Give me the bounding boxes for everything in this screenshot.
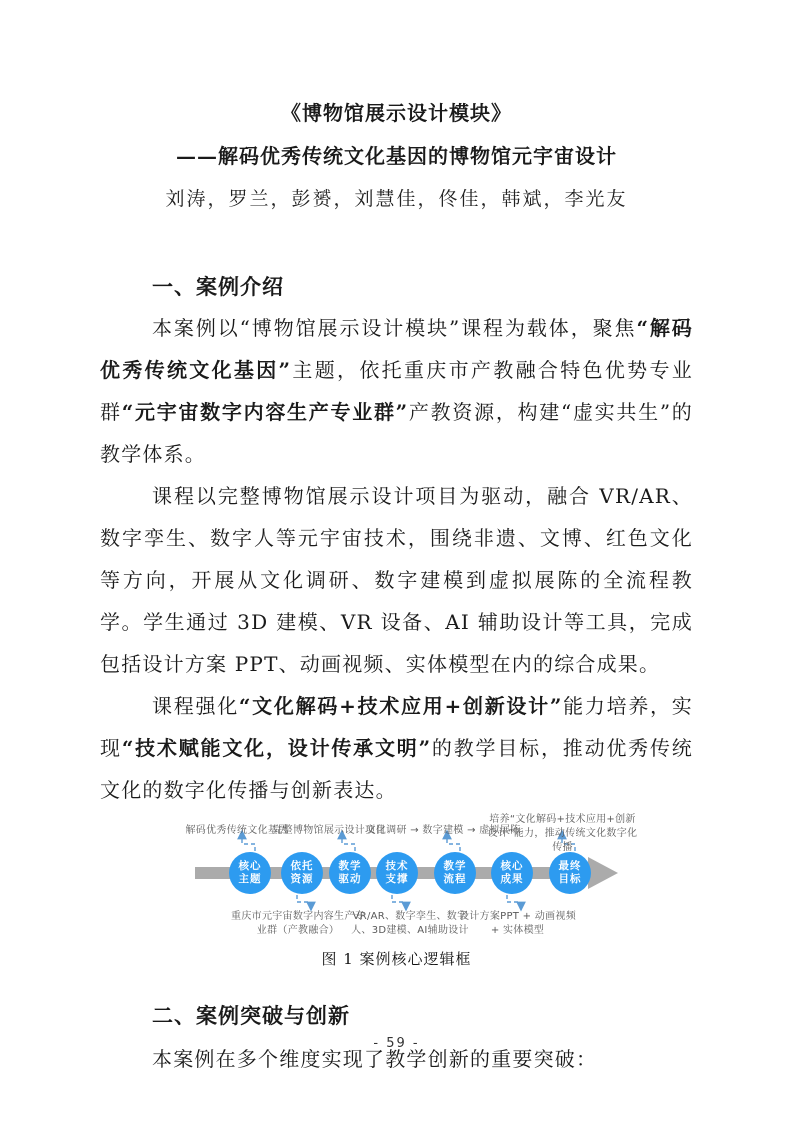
authors-line: 刘涛，罗兰，彭赟，刘慧佳，佟佳，韩斌，李光友 [100,186,693,212]
flow-node-core-theme: 核心主题 [229,852,271,894]
page-number: - 59 - [0,1036,793,1051]
connector-down-icon [392,895,406,909]
flow-node-tech-support: 技术支撑 [376,852,418,894]
section-1-heading: 一、案例介绍 [100,273,693,301]
flow-node-teaching-drive: 教学驱动 [329,852,371,894]
flow-node-teaching-process: 教学流程 [434,852,476,894]
section-2-heading: 二、案例突破与创新 [100,1002,693,1030]
document-page: 《博物馆展示设计模块》 ——解码优秀传统文化基因的博物馆元宇宙设计 刘涛，罗兰，… [0,0,793,1122]
annotation-results: 设计方案PPT + 动画视频 + 实体模型 [455,910,580,938]
timeline-arrowhead-icon [588,857,618,889]
flow-diagram: 核心主题 依托资源 教学驱动 技术支撑 教学流程 核心成果 最终目标 解码优秀传… [100,811,693,946]
connector-down-icon [507,895,521,909]
intro-paragraph-3: 课程强化“文化解码+技术应用+创新设计”能力培养，实现“技术赋能文化，设计传承文… [100,685,693,811]
figure-1: 核心主题 依托资源 教学驱动 技术支撑 教学流程 核心成果 最终目标 解码优秀传… [100,811,693,970]
flow-node-core-results: 核心成果 [491,852,533,894]
flow-node-final-goal: 最终目标 [549,852,591,894]
figure-1-caption: 图 1 案例核心逻辑框 [100,948,693,970]
flow-node-resources: 依托资源 [281,852,323,894]
annotation-final-goal: 培养“文化解码+技术应用+创新设计”能力，推动传统文化数字化传播 [485,813,640,855]
connector-down-icon [297,895,311,909]
doc-title: 《博物馆展示设计模块》 [100,100,693,126]
intro-paragraph-2: 课程以完整博物馆展示设计项目为驱动，融合 VR/AR、数字孪生、数字人等元宇宙技… [100,475,693,685]
intro-paragraph-1: 本案例以“博物馆展示设计模块”课程为载体，聚焦“解码优秀传统文化基因”主题，依托… [100,307,693,475]
doc-subtitle: ——解码优秀传统文化基因的博物馆元宇宙设计 [100,143,693,170]
